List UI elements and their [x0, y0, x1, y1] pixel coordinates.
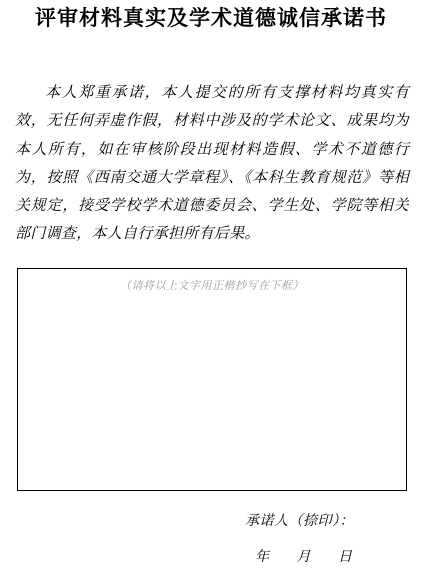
- copy-instruction-hint: （请将以上文字用正楷抄写在下框）: [18, 277, 406, 293]
- date-line: 年 月 日: [255, 547, 352, 569]
- month-label: 月: [297, 547, 311, 569]
- document-title: 评审材料真实及学术道德诚信承诺书: [0, 4, 422, 32]
- year-label: 年: [255, 547, 269, 569]
- handwriting-copy-box[interactable]: （请将以上文字用正楷抄写在下框）: [17, 268, 407, 491]
- signer-label: 承诺人（捺印）：: [245, 511, 354, 533]
- document-page: 评审材料真实及学术道德诚信承诺书 本人郑重承诺，本人提交的所有支撑材料均真实有效…: [0, 0, 422, 574]
- pledge-paragraph: 本人郑重承诺，本人提交的所有支撑材料均真实有效，无任何弄虚作假，材料中涉及的学术…: [15, 79, 409, 249]
- day-label: 日: [338, 547, 352, 569]
